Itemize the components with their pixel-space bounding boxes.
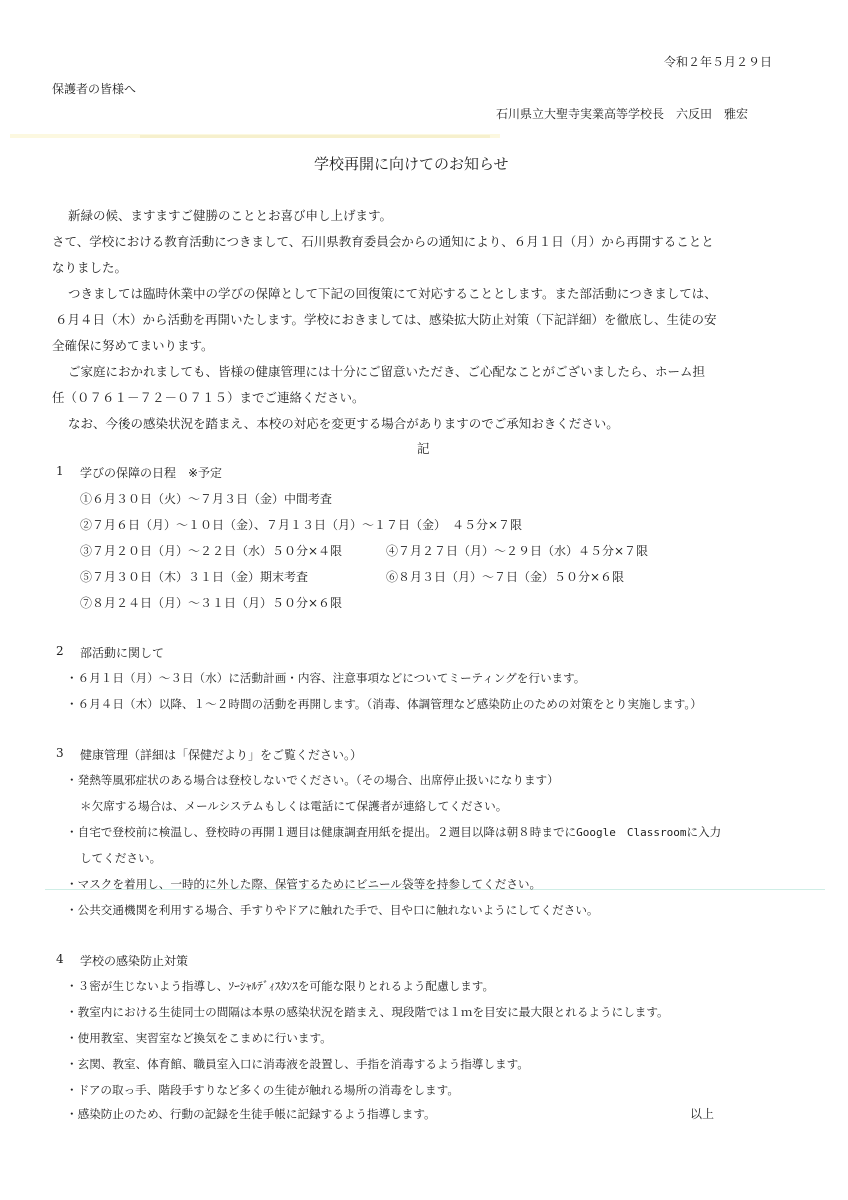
body-line: ６月４日（木）から活動を再開いたします。学校におきましては、感染拡大防止対策（下… <box>55 310 717 328</box>
body-line: 全確保に努めてまいります。 <box>52 336 214 354</box>
body-line: ご家庭におかれましても、皆様の健康管理には十分にご留意いただき、ご心配なことがご… <box>68 362 705 380</box>
document-date: 令和２年５月２９日 <box>664 53 772 70</box>
body-line: 任（０７６１－７２－０７１５）までご連絡ください。 <box>52 388 365 406</box>
list-item: ・ドアの取っ手、階段手すりなど多くの生徒が触れる場所の消毒をします。 <box>66 1082 459 1098</box>
list-item-text: ・自宅で登校前に検温し、登校時の再開１週目は健康調査用紙を提出。２週目以降は朝８… <box>66 825 576 839</box>
page-title: 学校再開に向けてのお知らせ <box>314 153 509 174</box>
body-line: なお、今後の感染状況を踏まえ、本校の対応を変更する場合がありますのでご承知おきく… <box>68 414 619 432</box>
list-item: ・マスクを着用し、一時的に外した際、保管するためにビニール袋等を持参してください… <box>66 876 541 892</box>
body-line: さて、学校における教育活動につきまして、石川県教育委員会からの通知により、６月１… <box>52 232 714 250</box>
section-number: 1 <box>56 464 64 478</box>
section-heading: 学校の感染防止対策 <box>80 952 188 969</box>
body-line: 新緑の候、ますますご健勝のこととお喜び申し上げます。 <box>68 206 392 224</box>
schedule-item: ①６月３０日（火）～７月３日（金）中間考査 <box>80 490 332 507</box>
schedule-item: ③７月２０日（月）～２２日（水）５０分×４限 <box>80 542 342 559</box>
list-item: ・６月４日（木）以降、１～２時間の活動を再開します。（消毒、体調管理など感染防止… <box>66 696 702 712</box>
section-number: 4 <box>56 952 64 966</box>
list-item: ・発熱等風邪症状のある場合は登校しないでください。（その場合、出席停止扱いになり… <box>66 772 559 788</box>
body-line: なりました。 <box>52 258 127 276</box>
list-item-text: に入力 <box>686 825 721 839</box>
list-item: してください。 <box>80 850 161 866</box>
ki-marker: 記 <box>417 439 430 457</box>
list-item: ＊欠席する場合は、メールシステムもしくは電話にて保護者が連絡してください。 <box>80 798 507 814</box>
schedule-item: ⑦８月２４日（月）～３１日（月）５０分×６限 <box>80 594 342 611</box>
schedule-item: ④７月２７日（月）～２９日（水）４５分×７限 <box>386 542 648 559</box>
section-number: 3 <box>56 746 64 760</box>
list-item: ・使用教室、実習室など換気をこまめに行います。 <box>66 1030 332 1046</box>
list-item: ・３密が生じないよう指導し、ｿｰｼｬﾙﾃﾞｨｽﾀﾝｽを可能な限りとれるよう配慮し… <box>66 978 494 994</box>
section-number: 2 <box>56 644 64 658</box>
list-item: ・６月１日（月）～３日（水）に活動計画・内容、注意事項などについてミーティングを… <box>66 670 585 686</box>
section-heading: 健康管理（詳細は「保健だより」をご覧ください。） <box>80 746 362 763</box>
section-heading: 部活動に関して <box>80 644 164 661</box>
schedule-item: ②７月６日（月）～１０日（金）、７月１３日（月）～１７日（金） ４５分×７限 <box>80 516 522 533</box>
google-classroom-text: Google Classroom <box>576 826 686 839</box>
schedule-item: ⑤７月３０日（木）３１日（金）期末考査 <box>80 568 308 585</box>
closing-mark: 以上 <box>690 1105 714 1122</box>
schedule-item: ⑥８月３日（月）～７日（金）５０分×６限 <box>386 568 624 585</box>
scan-artifact <box>140 135 490 138</box>
list-item: ・公共交通機関を利用する場合、手すりやドアに触れた手で、目や口に触れないようにし… <box>66 902 599 918</box>
list-item: ・教室内における生徒同士の間隔は本県の感染状況を踏まえ、現段階では１ｍを目安に最… <box>66 1004 669 1020</box>
sender: 石川県立大聖寺実業高等学校長 六反田 雅宏 <box>496 105 748 122</box>
list-item: ・玄関、教室、体育館、職員室入口に消毒液を設置し、手指を消毒するよう指導します。 <box>66 1056 529 1072</box>
list-item: ・自宅で登校前に検温し、登校時の再開１週目は健康調査用紙を提出。２週目以降は朝８… <box>66 824 721 840</box>
addressee: 保護者の皆様へ <box>52 80 136 97</box>
body-line: つきましては臨時休業中の学びの保障として下記の回復策にて対応することとします。ま… <box>68 284 717 302</box>
section-heading: 学びの保障の日程 ※予定 <box>80 464 222 481</box>
list-item: ・感染防止のため、行動の記録を生徒手帳に記録するよう指導します。 <box>66 1106 436 1122</box>
